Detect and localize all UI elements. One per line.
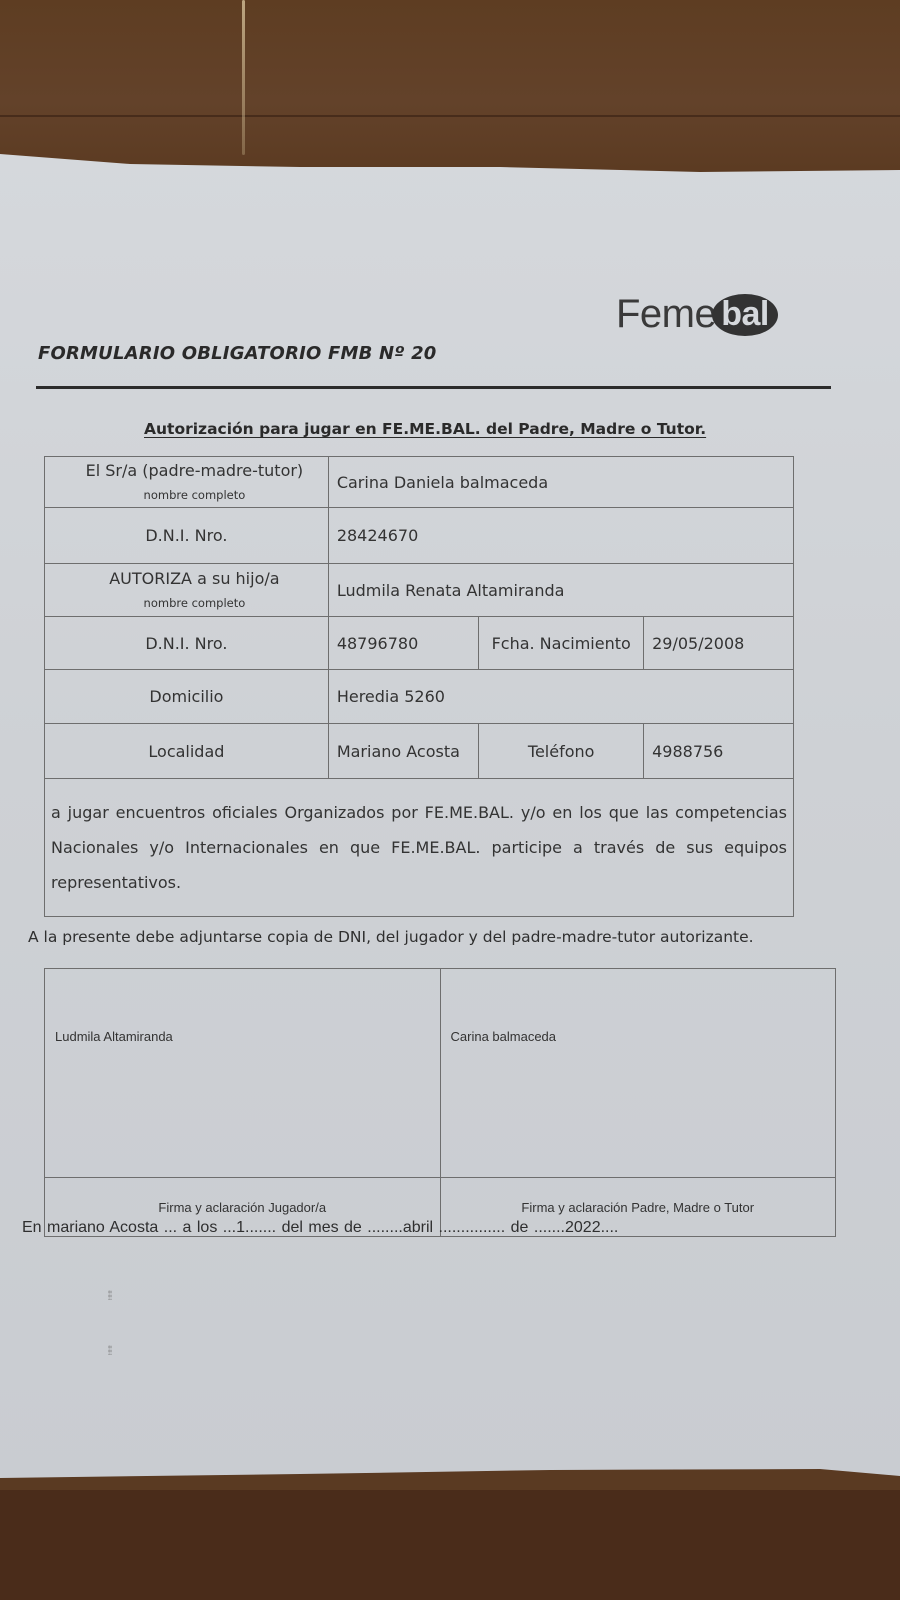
table-row: a jugar encuentros oficiales Organizados… (45, 779, 794, 917)
wooden-table-bottom (0, 1490, 900, 1600)
child-dni-label: D.N.I. Nro. (45, 617, 329, 670)
table-row: El Sr/a (padre-madre-tutor) nombre compl… (45, 457, 794, 508)
parent-name-field[interactable]: Carina Daniela balmaceda (328, 457, 793, 508)
parent-signature-field[interactable]: Carina balmaceda (440, 969, 836, 1178)
parent-sublabel: nombre completo (69, 487, 320, 503)
parent-dni-field[interactable]: 28424670 (328, 508, 793, 564)
table-row: AUTORIZA a su hijo/a nombre completo Lud… (45, 564, 794, 617)
femebal-logo: Femebal (616, 292, 778, 337)
child-label-cell: AUTORIZA a su hijo/a nombre completo (45, 564, 329, 617)
table-reflection (242, 0, 245, 155)
wooden-table-top (0, 0, 900, 170)
authorization-table: El Sr/a (padre-madre-tutor) nombre compl… (44, 456, 794, 917)
attachment-note: A la presente debe adjuntarse copia de D… (28, 928, 754, 946)
logo-badge: bal (712, 294, 778, 336)
logo-text: Feme (616, 292, 716, 337)
birthdate-field[interactable]: 29/05/2008 (644, 617, 794, 670)
child-dni-field[interactable]: 48796780 (328, 617, 478, 670)
signature-table: Ludmila Altamiranda Carina balmaceda Fir… (44, 968, 836, 1237)
parent-dni-label: D.N.I. Nro. (45, 508, 329, 564)
form-subtitle: Autorización para jugar en FE.ME.BAL. de… (144, 420, 706, 438)
phone-label: Teléfono (479, 724, 644, 779)
birthdate-label: Fcha. Nacimiento (479, 617, 644, 670)
parent-label: El Sr/a (padre-madre-tutor) (69, 461, 320, 481)
address-label: Domicilio (45, 670, 329, 724)
table-row: D.N.I. Nro. 28424670 (45, 508, 794, 564)
title-divider (36, 386, 831, 389)
paper-speck (108, 1345, 112, 1355)
place-date-line: En mariano Acosta ... a los ...1....... … (22, 1219, 618, 1237)
authorization-paragraph: a jugar encuentros oficiales Organizados… (45, 779, 794, 917)
table-row: D.N.I. Nro. 48796780 Fcha. Nacimiento 29… (45, 617, 794, 670)
child-name-field[interactable]: Ludmila Renata Altamiranda (328, 564, 793, 617)
form-title: FORMULARIO OBLIGATORIO FMB Nº 20 (38, 343, 437, 364)
table-row: Domicilio Heredia 5260 (45, 670, 794, 724)
locality-field[interactable]: Mariano Acosta (328, 724, 478, 779)
address-field[interactable]: Heredia 5260 (328, 670, 793, 724)
parent-label-cell: El Sr/a (padre-madre-tutor) nombre compl… (45, 457, 329, 508)
child-label: AUTORIZA a su hijo/a (69, 569, 320, 589)
paper-speck (108, 1290, 112, 1300)
player-signature-field[interactable]: Ludmila Altamiranda (45, 969, 441, 1178)
table-row: Localidad Mariano Acosta Teléfono 498875… (45, 724, 794, 779)
table-row: Ludmila Altamiranda Carina balmaceda (45, 969, 836, 1178)
phone-field[interactable]: 4988756 (644, 724, 794, 779)
locality-label: Localidad (45, 724, 329, 779)
child-sublabel: nombre completo (69, 595, 320, 611)
